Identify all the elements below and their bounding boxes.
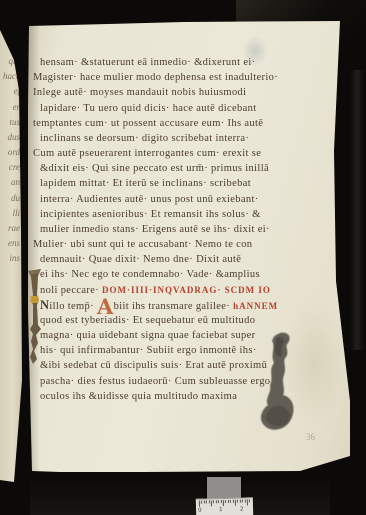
latin-text: hensam· &statuerunt eā inmedio· &dixerun… [40,57,255,68]
text-line: his· qui infirmabantur· Subiit ergo inmo… [33,343,345,358]
prev-page-text-fragment: ef [0,84,22,99]
previous-page-edge: quihaceefertusdusordcreandulliraeensins [0,30,22,488]
prev-page-text-fragment: lli [0,206,22,221]
latin-text: lapidem mittat· Et iterū se inclinans· s… [40,178,251,189]
latin-text: oculos ihs &uidisse quia multitudo maxim… [40,391,237,402]
prev-page-text-fragment: an [0,175,22,190]
text-line: Nillo temp̄· Abiit ihs transmare galilee… [33,298,345,313]
ruler-tick [206,500,207,503]
illuminated-initial-I [26,269,43,365]
prev-page-text-fragment: ens [0,236,22,251]
text-line: &dixit eis· Qui sine peccato est urm̄· p… [33,161,345,176]
latin-text: noli peccare· [40,285,102,296]
ruler-tick [199,501,200,507]
ruler-tick [218,500,219,503]
ruler-tick [201,501,202,504]
text-line: hensam· &statuerunt eā inmedio· &dixerun… [33,55,345,70]
ruler-tick [204,501,205,504]
latin-text: ei ihs· Nec ego te condemnabo· Vade· &am… [40,269,260,280]
text-line: oculos ihs &uidisse quia multitudo maxim… [33,389,345,404]
ruler-tick [211,500,212,506]
text-line: &ibi sedebat cū discipulis suis· Erat au… [33,358,345,373]
ruler-number: 0 [198,508,202,514]
text-line: Magister· hace mulier modo dephensa est … [33,70,345,85]
text-line: Inlege autē· moyses mandauit nobis huius… [33,85,345,100]
prev-page-text-fragment: hace [0,69,22,84]
text-line: temptantes cum· ut possent accusare eum·… [33,116,345,131]
prev-page-text-fragment: rae [0,221,22,236]
prev-page-text-fragment: du [0,191,22,206]
text-line: Mulier· ubi sunt qui te accusabant· Nemo… [33,237,345,252]
prev-page-text-fragment: ins [0,251,22,266]
prev-page-text-fragment: er [0,100,22,115]
latin-text: lapidare· Tu uero quid dicis· hace autē … [40,103,257,114]
prev-page-text-fragment: qui [0,54,22,69]
text-line: incipientes asenioribus· Et remansit ihs… [33,207,345,222]
latin-text: his· qui infirmabantur· Subiit ergo inmo… [40,345,257,356]
manuscript-page: hensam· &statuerunt eā inmedio· &dixerun… [24,9,354,472]
rubric-text: DOM·IIII·INQVADRAG· SCDM IO [102,285,271,295]
latin-text: magna· quia uidebant signa quae faciebat… [40,330,256,341]
cloth-fold [350,70,364,350]
ruler-tick [223,500,224,506]
latin-text: demnauit· Quae dixit· Nemo dne· Dixit au… [40,254,241,265]
text-block: hensam· &statuerunt eā inmedio· &dixerun… [33,55,345,404]
text-line: magna· quia uidebant signa quae faciebat… [33,328,345,343]
latin-text: interra· Audientes autē· unus post unū e… [40,194,259,205]
text-line: ei ihs· Nec ego te condemnabo· Vade· &am… [33,267,345,282]
latin-text: &dixit eis· Qui sine peccato est urm̄· p… [40,163,269,174]
folio-number: 36 [306,432,315,442]
latin-text: Inlege autē· moyses mandauit nobis huius… [33,87,246,98]
ruler-tick [228,500,229,503]
text-line: interra· Audientes autē· unus post unū e… [33,192,345,207]
text-line: noli peccare· DOM·IIII·INQVADRAG· SCDM I… [33,283,345,298]
ruler-number: 2 [240,507,244,513]
ruler-tick [240,500,241,503]
text-line: quod est tyberiadis· Et sequebatur eū mu… [33,313,345,328]
latin-text: Cum autē pseuerarent interrogantes cum· … [33,148,261,159]
rubric-text: hANNEM [233,301,278,311]
measurement-ruler: 012 [196,497,253,515]
ruler-tick [235,500,236,506]
ruler-tick [208,500,209,503]
latin-text: &ibi sedebat cū discipulis suis· Erat au… [40,360,267,371]
ruler-tick [247,499,248,505]
latin-text: illo temp̄· [49,301,97,312]
prev-page-text-fragment: ord [0,145,22,160]
latin-text: quod est tyberiadis· Et sequebatur eū mu… [40,315,255,326]
latin-text: incipientes asenioribus· Et remansit ihs… [40,209,261,220]
text-line: Cum autē pseuerarent interrogantes cum· … [33,146,345,161]
ruler-tick [213,500,214,503]
ruler-tick [220,500,221,503]
cloth-fold [30,477,330,515]
ruler-tick [225,500,226,503]
text-line: demnauit· Quae dixit· Nemo dne· Dixit au… [33,252,345,267]
prev-page-text-fragment: cre [0,160,22,175]
text-line: pascha· dies festus iudaeorū· Cum subleu… [33,374,345,389]
latin-text: Magister· hace mulier modo dephensa est … [33,72,278,83]
ruler-number: 1 [219,507,223,513]
ruler-tick [242,500,243,503]
ruler-tick [232,500,233,503]
prev-page-text-fragment: dus [0,130,22,145]
latin-text: pascha· dies festus iudaeorū· Cum subleu… [40,376,270,387]
ink-bleed-through-blot [254,331,296,435]
ruler-tick [249,499,250,502]
photo-backdrop: quihaceefertusdusordcreandulliraeensins … [0,0,366,515]
text-line: lapidem mittat· Et iterū se inclinans· s… [33,176,345,191]
prev-page-fragments: quihaceefertusdusordcreandulliraeensins [0,30,22,266]
ruler-tick [230,500,231,503]
latin-text: Mulier· ubi sunt qui te accusabant· Nemo… [33,239,252,250]
latin-text: mulier inmedio stans· Erigens autē se ih… [40,224,270,235]
text-line: mulier inmedio stans· Erigens autē se ih… [33,222,345,237]
latin-text: temptantes cum· ut possent accusare eum·… [33,118,263,129]
latin-text: inclinans se deorsum· digito scribebat i… [40,133,249,144]
ruler-tick [237,500,238,503]
text-line: inclinans se deorsum· digito scribebat i… [33,131,345,146]
ruler-tick [244,499,245,502]
prev-page-text-fragment: tus [0,115,22,130]
latin-text: biit ihs transmare galilee· [114,301,233,312]
ruler-tick [216,500,217,503]
text-line: lapidare· Tu uero quid dicis· hace autē … [33,101,345,116]
